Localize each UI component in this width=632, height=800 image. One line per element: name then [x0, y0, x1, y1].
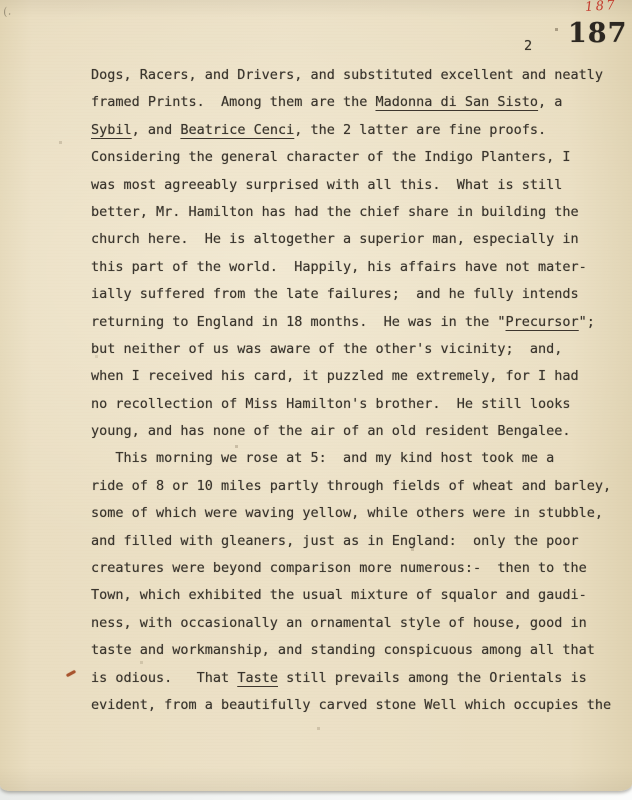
text-segment: young, and has none of the air of an old… [91, 423, 571, 439]
typescript-line: and filled with gleaners, just as in Eng… [91, 528, 621, 555]
text-segment: "; [579, 314, 595, 330]
text-segment: this part of the world. Happily, his aff… [91, 259, 587, 275]
typescript-line: is odious. That Taste still prevails amo… [91, 665, 621, 692]
text-segment: , the 2 latter are fine proofs. [294, 122, 546, 138]
text-segment: and filled with gleaners, just as in Eng… [91, 533, 579, 549]
typescript-line: but neither of us was aware of the other… [91, 336, 621, 363]
text-segment: no recollection of Miss Hamilton's broth… [91, 396, 571, 412]
typescript-line: was most agreeably surprised with all th… [91, 172, 621, 199]
typescript-line: framed Prints. Among them are the Madonn… [91, 89, 621, 116]
paper-specks [0, 0, 1, 1]
typescript-line: This morning we rose at 5: and my kind h… [91, 445, 621, 472]
handwritten-folio-number: 187 [585, 0, 618, 15]
text-segment: Considering the general character of the… [91, 149, 571, 165]
typescript-line: better, Mr. Hamilton has had the chief s… [91, 199, 621, 226]
text-segment: was most agreeably surprised with all th… [91, 177, 562, 193]
text-segment: framed Prints. Among them are the [91, 94, 375, 110]
stamped-folio-number: 187 [568, 18, 627, 49]
text-segment: ride of 8 or 10 miles partly through fie… [91, 478, 611, 494]
typescript-line: no recollection of Miss Hamilton's broth… [91, 391, 621, 418]
typescript-line: Town, which exhibited the usual mixture … [91, 582, 621, 609]
typescript-line: Sybil, and Beatrice Cenci, the 2 latter … [91, 117, 621, 144]
text-segment: This morning we rose at 5: and my kind h… [91, 450, 554, 466]
underlined-phrase: Taste [237, 670, 278, 686]
typescript-line: some of which were waving yellow, while … [91, 500, 621, 527]
underlined-phrase: Precursor [506, 314, 579, 330]
text-segment: evident, from a beautifully carved stone… [91, 697, 611, 713]
paper-sheet: (. 187 187 2 Dogs, Racers, and Drivers, … [0, 0, 632, 791]
underlined-phrase: Madonna di San Sisto [375, 94, 538, 110]
text-segment: , and [132, 122, 181, 138]
typed-page-number: 2 [524, 38, 532, 54]
text-segment: Town, which exhibited the usual mixture … [91, 587, 587, 603]
text-segment: still prevails among the Orientals is [278, 670, 587, 686]
typescript-line: ride of 8 or 10 miles partly through fie… [91, 473, 621, 500]
text-segment: better, Mr. Hamilton has had the chief s… [91, 204, 579, 220]
pencil-mark: (. [2, 4, 12, 18]
text-segment: Dogs, Racers, and Drivers, and substitut… [91, 67, 603, 83]
text-segment: some of which were waving yellow, while … [91, 505, 603, 521]
typescript-body: Dogs, Racers, and Drivers, and substitut… [91, 62, 621, 719]
scanned-page: (. 187 187 2 Dogs, Racers, and Drivers, … [0, 0, 632, 800]
underlined-phrase: Beatrice Cenci [180, 122, 294, 138]
typescript-line: young, and has none of the air of an old… [91, 418, 621, 445]
typescript-line: creatures were beyond comparison more nu… [91, 555, 621, 582]
typescript-line: ially suffered from the late failures; a… [91, 281, 621, 308]
typescript-line: this part of the world. Happily, his aff… [91, 254, 621, 281]
text-segment: when I received his card, it puzzled me … [91, 368, 579, 384]
underlined-phrase: Sybil [91, 122, 132, 138]
typescript-line: returning to England in 18 months. He wa… [91, 309, 621, 336]
typescript-line: church here. He is altogether a superior… [91, 226, 621, 253]
text-segment: creatures were beyond comparison more nu… [91, 560, 587, 576]
text-segment: , a [538, 94, 562, 110]
typescript-line: Considering the general character of the… [91, 144, 621, 171]
text-segment: returning to England in 18 months. He wa… [91, 314, 506, 330]
typescript-line: Dogs, Racers, and Drivers, and substitut… [91, 62, 621, 89]
typescript-line: evident, from a beautifully carved stone… [91, 692, 621, 719]
text-segment: taste and workmanship, and standing cons… [91, 642, 595, 658]
text-segment: ness, with occasionally an ornamental st… [91, 615, 587, 631]
text-segment: ially suffered from the late failures; a… [91, 286, 579, 302]
text-segment: but neither of us was aware of the other… [91, 341, 562, 357]
typescript-line: ness, with occasionally an ornamental st… [91, 610, 621, 637]
typescript-line: when I received his card, it puzzled me … [91, 363, 621, 390]
typescript-line: taste and workmanship, and standing cons… [91, 637, 621, 664]
red-ink-speck [66, 670, 76, 677]
text-segment: church here. He is altogether a superior… [91, 231, 579, 247]
text-segment: is odious. That [91, 670, 237, 686]
